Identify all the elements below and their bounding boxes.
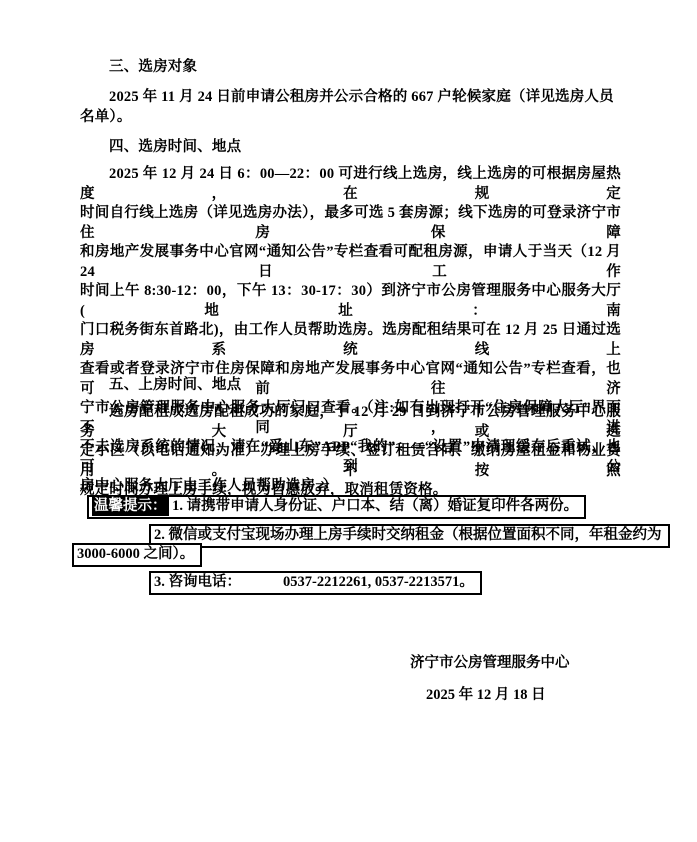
notice-page: 三、选房对象 2025 年 11 月 24 日前申请公租房并公示合格的 667 … bbox=[0, 0, 697, 842]
tip-item-2-line-1: 2. 微信或支付宝现场办理上房手续时交纳租金（根据位置面积不同，年租金约为 bbox=[154, 527, 662, 543]
paragraph-line: 2025 年 12 月 24 日 6：00—22：00 可进行线上选房，线上选房… bbox=[80, 165, 621, 204]
tip-item-2-line-2: 3000-6000 之间）。 bbox=[77, 546, 194, 562]
tip-item-3-phones: 0537-2212261, 0537-2213571。 bbox=[283, 574, 474, 590]
tip-box-1: 温馨提示： 1. 请携带申请人身份证、户口本、结（离）婚证复印件各两份。 bbox=[87, 495, 586, 519]
tip-box-2-continuation: 3000-6000 之间）。 bbox=[72, 543, 202, 567]
paragraph-line: 时间自行线上选房（详见选房办法），最多可选 5 套房源；线下选房的可登录济宁市住… bbox=[80, 204, 621, 243]
paragraph-line: 门口税务街东首路北)，由工作人员帮助选房。选房配租结果可在 12 月 25 日通… bbox=[80, 321, 621, 360]
section-5-paragraph: 选房配租成选房配租成功的家庭，于 12 月 29 日到济宁市公房管理服务中心服务… bbox=[80, 403, 621, 501]
section-3-heading: 三、选房对象 bbox=[80, 58, 621, 78]
section-4-heading: 四、选房时间、地点 bbox=[80, 138, 621, 158]
paragraph-line: 和房地产发展事务中心官网“通知公告”专栏查看可配租房源，申请人于当天（12 月 … bbox=[80, 243, 621, 282]
section-3-paragraph: 2025 年 11 月 24 日前申请公租房并公示合格的 667 户轮候家庭（详… bbox=[80, 88, 621, 127]
paragraph-line: 选房配租成选房配租成功的家庭，于 12 月 29 日到济宁市公房管理服务中心服务… bbox=[80, 403, 621, 442]
tip-item-1-text: 1. 请携带申请人身份证、户口本、结（离）婚证复印件各两份。 bbox=[172, 498, 578, 514]
signature-organization: 济宁市公房管理服务中心 bbox=[410, 655, 570, 672]
signature-date: 2025 年 12 月 18 日 bbox=[426, 687, 546, 704]
section-5-heading: 五、上房时间、地点 bbox=[80, 376, 621, 396]
paragraph-line: 定小区（以电话通知为准）办理上房手续、签订租赁合同、缴纳房屋租金和物业费用。不按… bbox=[80, 442, 621, 481]
tip-box-3: 3. 咨询电话：0537-2212261, 0537-2213571。 bbox=[149, 571, 482, 595]
tip-item-3-label: 3. 咨询电话： bbox=[154, 574, 241, 590]
tip-box-2: 2. 微信或支付宝现场办理上房手续时交纳租金（根据位置面积不同，年租金约为 bbox=[149, 524, 670, 548]
paragraph-line: 时间上午 8:30-12：00，下午 13：30-17：30）到济宁市公房管理服… bbox=[80, 282, 621, 321]
tip-label-highlight: 温馨提示： bbox=[92, 497, 169, 516]
